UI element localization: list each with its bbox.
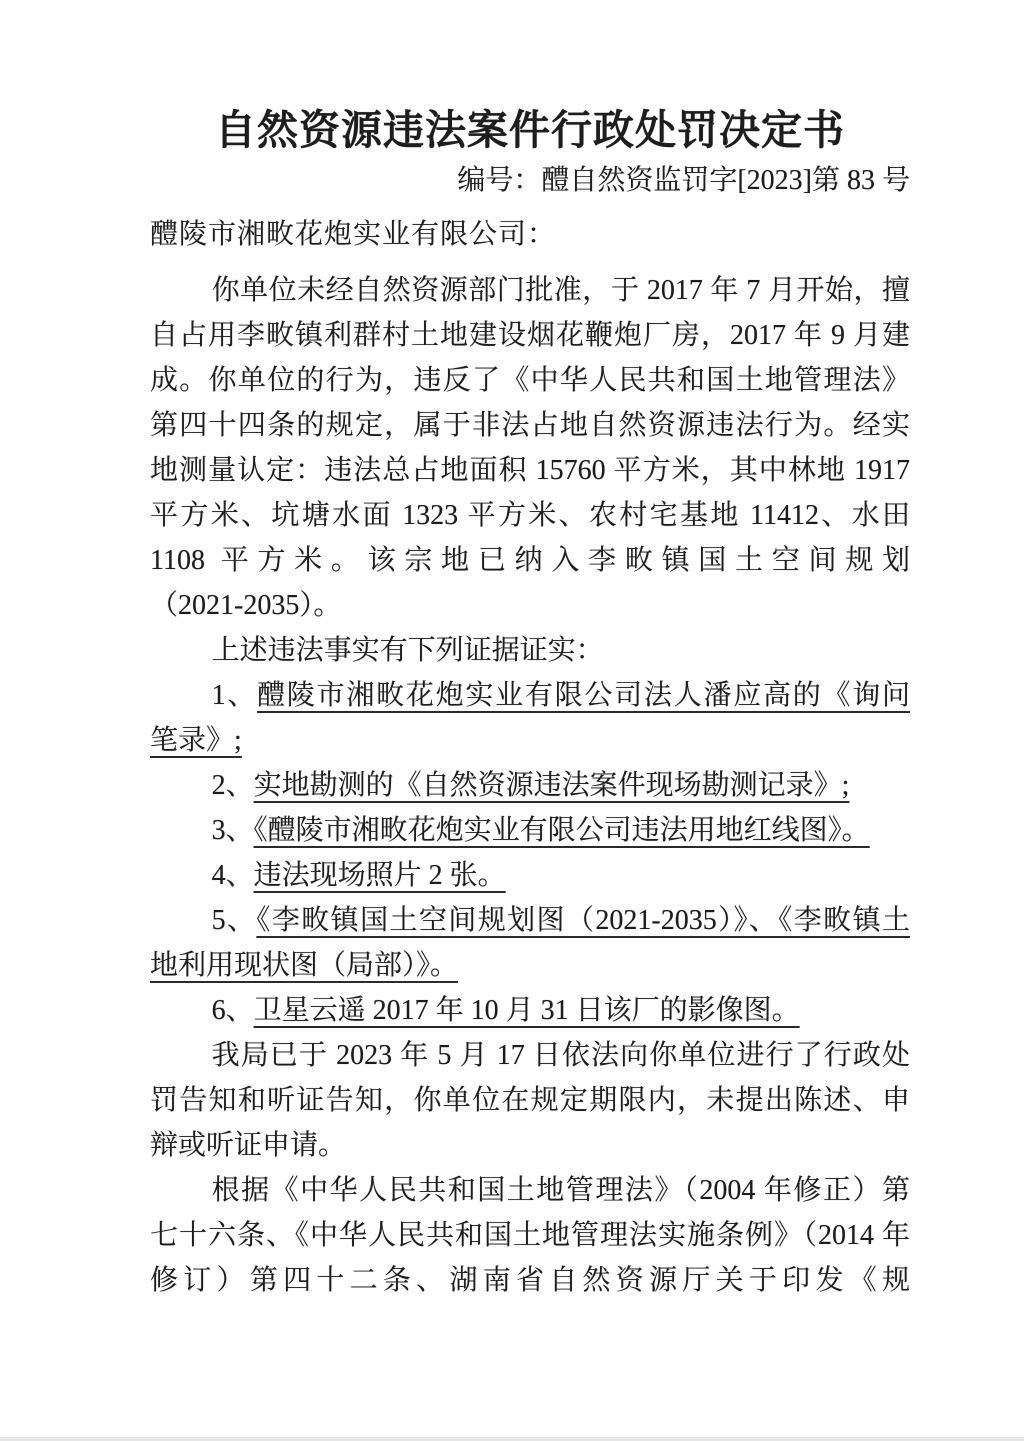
document-line: 上述违法事实有下列证据证实：	[150, 628, 910, 673]
line-text: 我局已于 2023 年 5 月 17 日依法向你单位进行了行政处	[212, 1040, 910, 1071]
line-text: 七十六条、《中华人民共和国土地管理法实施条例》（2014 年	[150, 1220, 910, 1251]
line-text: 罚告知和听证告知，你单位在规定期限内，未提出陈述、申	[150, 1085, 910, 1116]
evidence-underlined-text: 《李畋镇国土空间规划图（2021-2035）》、《李畋镇土	[256, 905, 910, 936]
line-text: 平方米、坑塘水面 1323 平方米、农村宅基地 11412、水田	[150, 500, 910, 531]
line-text: 1108 平方米。该宗地已纳入李畋镇国土空间规划	[150, 545, 910, 576]
line-text: 1、	[212, 680, 258, 711]
document-line: 3、《醴陵市湘畋花炮实业有限公司违法用地红线图》。	[150, 808, 910, 853]
line-text: 上述违法事实有下列证据证实：	[212, 635, 604, 666]
document-line: 罚告知和听证告知，你单位在规定期限内，未提出陈述、申	[150, 1078, 910, 1123]
line-text: 修订）第四十二条、湖南省自然资源厅关于印发《规	[150, 1265, 910, 1296]
scanned-document-page: 自然资源违法案件行政处罚决定书 编号：醴自然资监罚字[2023]第 83 号 醴…	[0, 0, 1024, 1441]
document-addressee: 醴陵市湘畋花炮实业有限公司：	[150, 212, 910, 257]
document-line: 1108 平方米。该宗地已纳入李畋镇国土空间规划	[150, 538, 910, 583]
scan-bottom-edge	[0, 1437, 1024, 1441]
document-line: 根据《中华人民共和国土地管理法》（2004 年修正）第	[150, 1168, 910, 1213]
line-text: 辩或听证申请。	[150, 1130, 346, 1161]
document-line: 修订）第四十二条、湖南省自然资源厅关于印发《规	[150, 1258, 910, 1303]
document-content: 自然资源违法案件行政处罚决定书 编号：醴自然资监罚字[2023]第 83 号 醴…	[150, 104, 910, 1303]
evidence-underlined-text: 笔录》;	[150, 725, 242, 756]
document-line: 平方米、坑塘水面 1323 平方米、农村宅基地 11412、水田	[150, 493, 910, 538]
document-line: 第四十四条的规定，属于非法占地自然资源违法行为。经实	[150, 403, 910, 448]
document-title: 自然资源违法案件行政处罚决定书	[150, 104, 910, 156]
line-text: 根据《中华人民共和国土地管理法》（2004 年修正）第	[212, 1175, 910, 1206]
document-line: 4、违法现场照片 2 张。	[150, 853, 910, 898]
document-line: 6、卫星云遥 2017 年 10 月 31 日该厂的影像图。	[150, 988, 910, 1033]
document-line: 你单位未经自然资源部门批准，于 2017 年 7 月开始，擅	[150, 268, 910, 313]
document-line: 1、醴陵市湘畋花炮实业有限公司法人潘应高的《询问	[150, 673, 910, 718]
document-line: 笔录》;	[150, 718, 910, 763]
line-text: 6、	[212, 995, 254, 1026]
line-text: 4、	[212, 860, 254, 891]
line-text: 成。你单位的行为，违反了《中华人民共和国土地管理法》	[150, 365, 910, 396]
document-number: 编号：醴自然资监罚字[2023]第 83 号	[150, 158, 910, 203]
line-text: 2、	[212, 770, 254, 801]
line-text: 第四十四条的规定，属于非法占地自然资源违法行为。经实	[150, 410, 910, 441]
document-line: 我局已于 2023 年 5 月 17 日依法向你单位进行了行政处	[150, 1033, 910, 1078]
document-line: 辩或听证申请。	[150, 1123, 910, 1168]
document-line: 地利用现状图（局部）》。	[150, 943, 910, 988]
line-text: 3、	[212, 815, 254, 846]
document-line: 七十六条、《中华人民共和国土地管理法实施条例》（2014 年	[150, 1213, 910, 1258]
evidence-underlined-text: 醴陵市湘畋花炮实业有限公司法人潘应高的《询问	[257, 680, 910, 711]
evidence-underlined-text: 违法现场照片 2 张。	[254, 860, 506, 891]
document-body: 你单位未经自然资源部门批准，于 2017 年 7 月开始，擅自占用李畋镇利群村土…	[150, 268, 910, 1303]
evidence-underlined-text: 实地勘测的《自然资源违法案件现场勘测记录》;	[254, 770, 850, 801]
line-text: 你单位未经自然资源部门批准，于 2017 年 7 月开始，擅	[212, 275, 910, 306]
document-line: 自占用李畋镇利群村土地建设烟花鞭炮厂房，2017 年 9 月建	[150, 313, 910, 358]
document-line: 成。你单位的行为，违反了《中华人民共和国土地管理法》	[150, 358, 910, 403]
document-line: 2、实地勘测的《自然资源违法案件现场勘测记录》;	[150, 763, 910, 808]
line-text: 自占用李畋镇利群村土地建设烟花鞭炮厂房，2017 年 9 月建	[150, 320, 910, 351]
line-text: （2021-2035）。	[150, 590, 341, 621]
document-line: 5、《李畋镇国土空间规划图（2021-2035）》、《李畋镇土	[150, 898, 910, 943]
document-line: （2021-2035）。	[150, 583, 910, 628]
evidence-underlined-text: 《醴陵市湘畋花炮实业有限公司违法用地红线图》。	[254, 815, 870, 846]
line-text: 5、	[212, 905, 257, 936]
evidence-underlined-text: 地利用现状图（局部）》。	[150, 950, 458, 981]
document-line: 地测量认定：违法总占地面积 15760 平方米，其中林地 1917	[150, 448, 910, 493]
evidence-underlined-text: 卫星云遥 2017 年 10 月 31 日该厂的影像图。	[254, 995, 800, 1026]
line-text: 地测量认定：违法总占地面积 15760 平方米，其中林地 1917	[150, 455, 910, 486]
